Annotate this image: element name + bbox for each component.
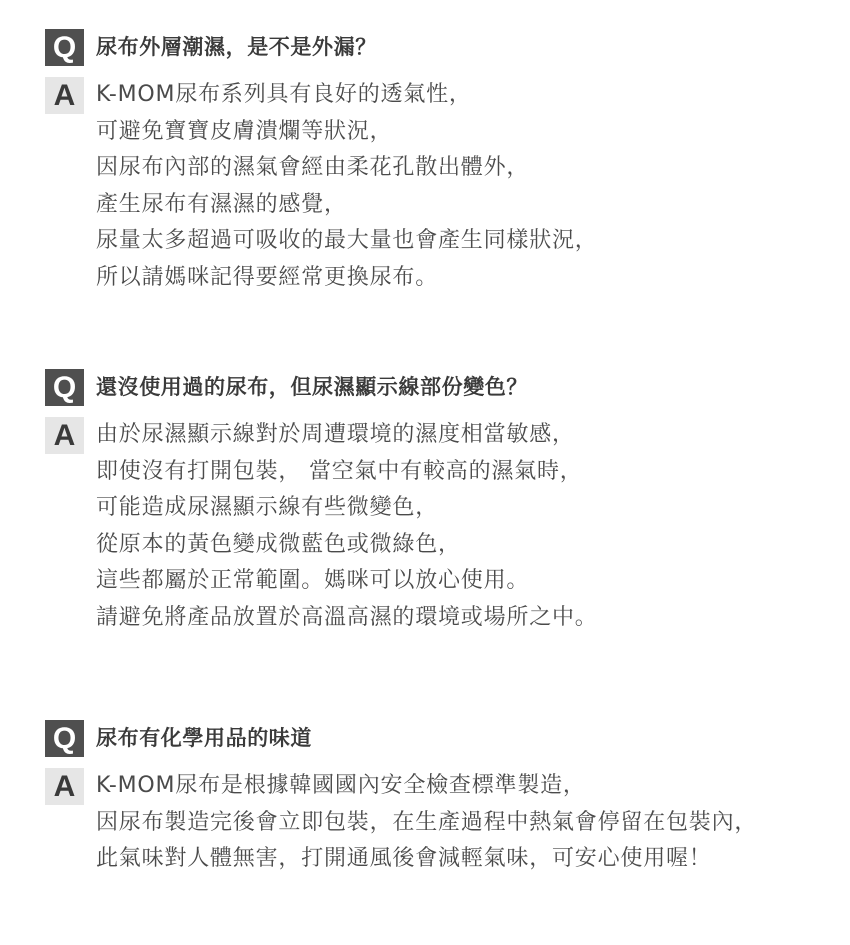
answer-text: K-MOM尿布是根據韓國國內安全檢查標準製造， 因尿布製造完後會立即包裝，在生產… <box>96 768 757 878</box>
q-badge-icon: Q <box>45 720 84 757</box>
question-row: Q 尿布外層潮濕，是不是外漏？ <box>45 29 835 66</box>
question-row: Q 尿布有化學用品的味道 <box>45 720 835 757</box>
answer-row: A 由於尿濕顯示線對於周遭環境的濕度相當敏感， 即使沒有打開包裝， 當空氣中有較… <box>45 417 835 637</box>
answer-line: 此氣味對人體無害，打開通風後會減輕氣味，可安心使用喔！ <box>96 841 757 878</box>
answer-line: 由於尿濕顯示線對於周遭環境的濕度相當敏感， <box>96 417 598 454</box>
answer-line: 可能造成尿濕顯示線有些微變色， <box>96 490 598 527</box>
answer-text: K-MOM尿布系列具有良好的透氣性， 可避免寶寶皮膚潰爛等狀況， 因尿布內部的濕… <box>96 77 598 297</box>
a-badge-icon: A <box>45 77 84 114</box>
question-row: Q 還沒使用過的尿布，但尿濕顯示線部份變色？ <box>45 369 835 406</box>
answer-line: 尿量太多超過可吸收的最大量也會產生同樣狀況， <box>96 223 598 260</box>
q-badge-icon: Q <box>45 369 84 406</box>
answer-row: A K-MOM尿布是根據韓國國內安全檢查標準製造， 因尿布製造完後會立即包裝，在… <box>45 768 835 878</box>
answer-line: 因尿布內部的濕氣會經由柔花孔散出體外， <box>96 150 598 187</box>
answer-line: 從原本的黃色變成微藍色或微綠色， <box>96 527 598 564</box>
answer-line: 這些都屬於正常範圍。媽咪可以放心使用。 <box>96 563 598 600</box>
faq-item: Q 還沒使用過的尿布，但尿濕顯示線部份變色？ A 由於尿濕顯示線對於周遭環境的濕… <box>45 369 835 637</box>
q-badge-icon: Q <box>45 29 84 66</box>
answer-row: A K-MOM尿布系列具有良好的透氣性， 可避免寶寶皮膚潰爛等狀況， 因尿布內部… <box>45 77 835 297</box>
faq-item: Q 尿布外層潮濕，是不是外漏？ A K-MOM尿布系列具有良好的透氣性， 可避免… <box>45 29 835 297</box>
faq-item: Q 尿布有化學用品的味道 A K-MOM尿布是根據韓國國內安全檢查標準製造， 因… <box>45 720 835 878</box>
answer-line: 因尿布製造完後會立即包裝，在生產過程中熱氣會停留在包裝內， <box>96 805 757 842</box>
answer-line: 即使沒有打開包裝， 當空氣中有較高的濕氣時， <box>96 454 598 491</box>
answer-line: K-MOM尿布系列具有良好的透氣性， <box>96 77 598 114</box>
question-text: 尿布有化學用品的味道 <box>96 720 312 757</box>
a-badge-icon: A <box>45 768 84 805</box>
answer-text: 由於尿濕顯示線對於周遭環境的濕度相當敏感， 即使沒有打開包裝， 當空氣中有較高的… <box>96 417 598 637</box>
answer-line: 產生尿布有濕濕的感覺， <box>96 187 598 224</box>
a-badge-icon: A <box>45 417 84 454</box>
answer-line: 請避免將產品放置於高溫高濕的環境或場所之中。 <box>96 600 598 637</box>
answer-line: K-MOM尿布是根據韓國國內安全檢查標準製造， <box>96 768 757 805</box>
question-text: 尿布外層潮濕，是不是外漏？ <box>96 29 377 66</box>
question-text: 還沒使用過的尿布，但尿濕顯示線部份變色？ <box>96 369 528 406</box>
answer-line: 可避免寶寶皮膚潰爛等狀況， <box>96 114 598 151</box>
answer-line: 所以請媽咪記得要經常更換尿布。 <box>96 260 598 297</box>
